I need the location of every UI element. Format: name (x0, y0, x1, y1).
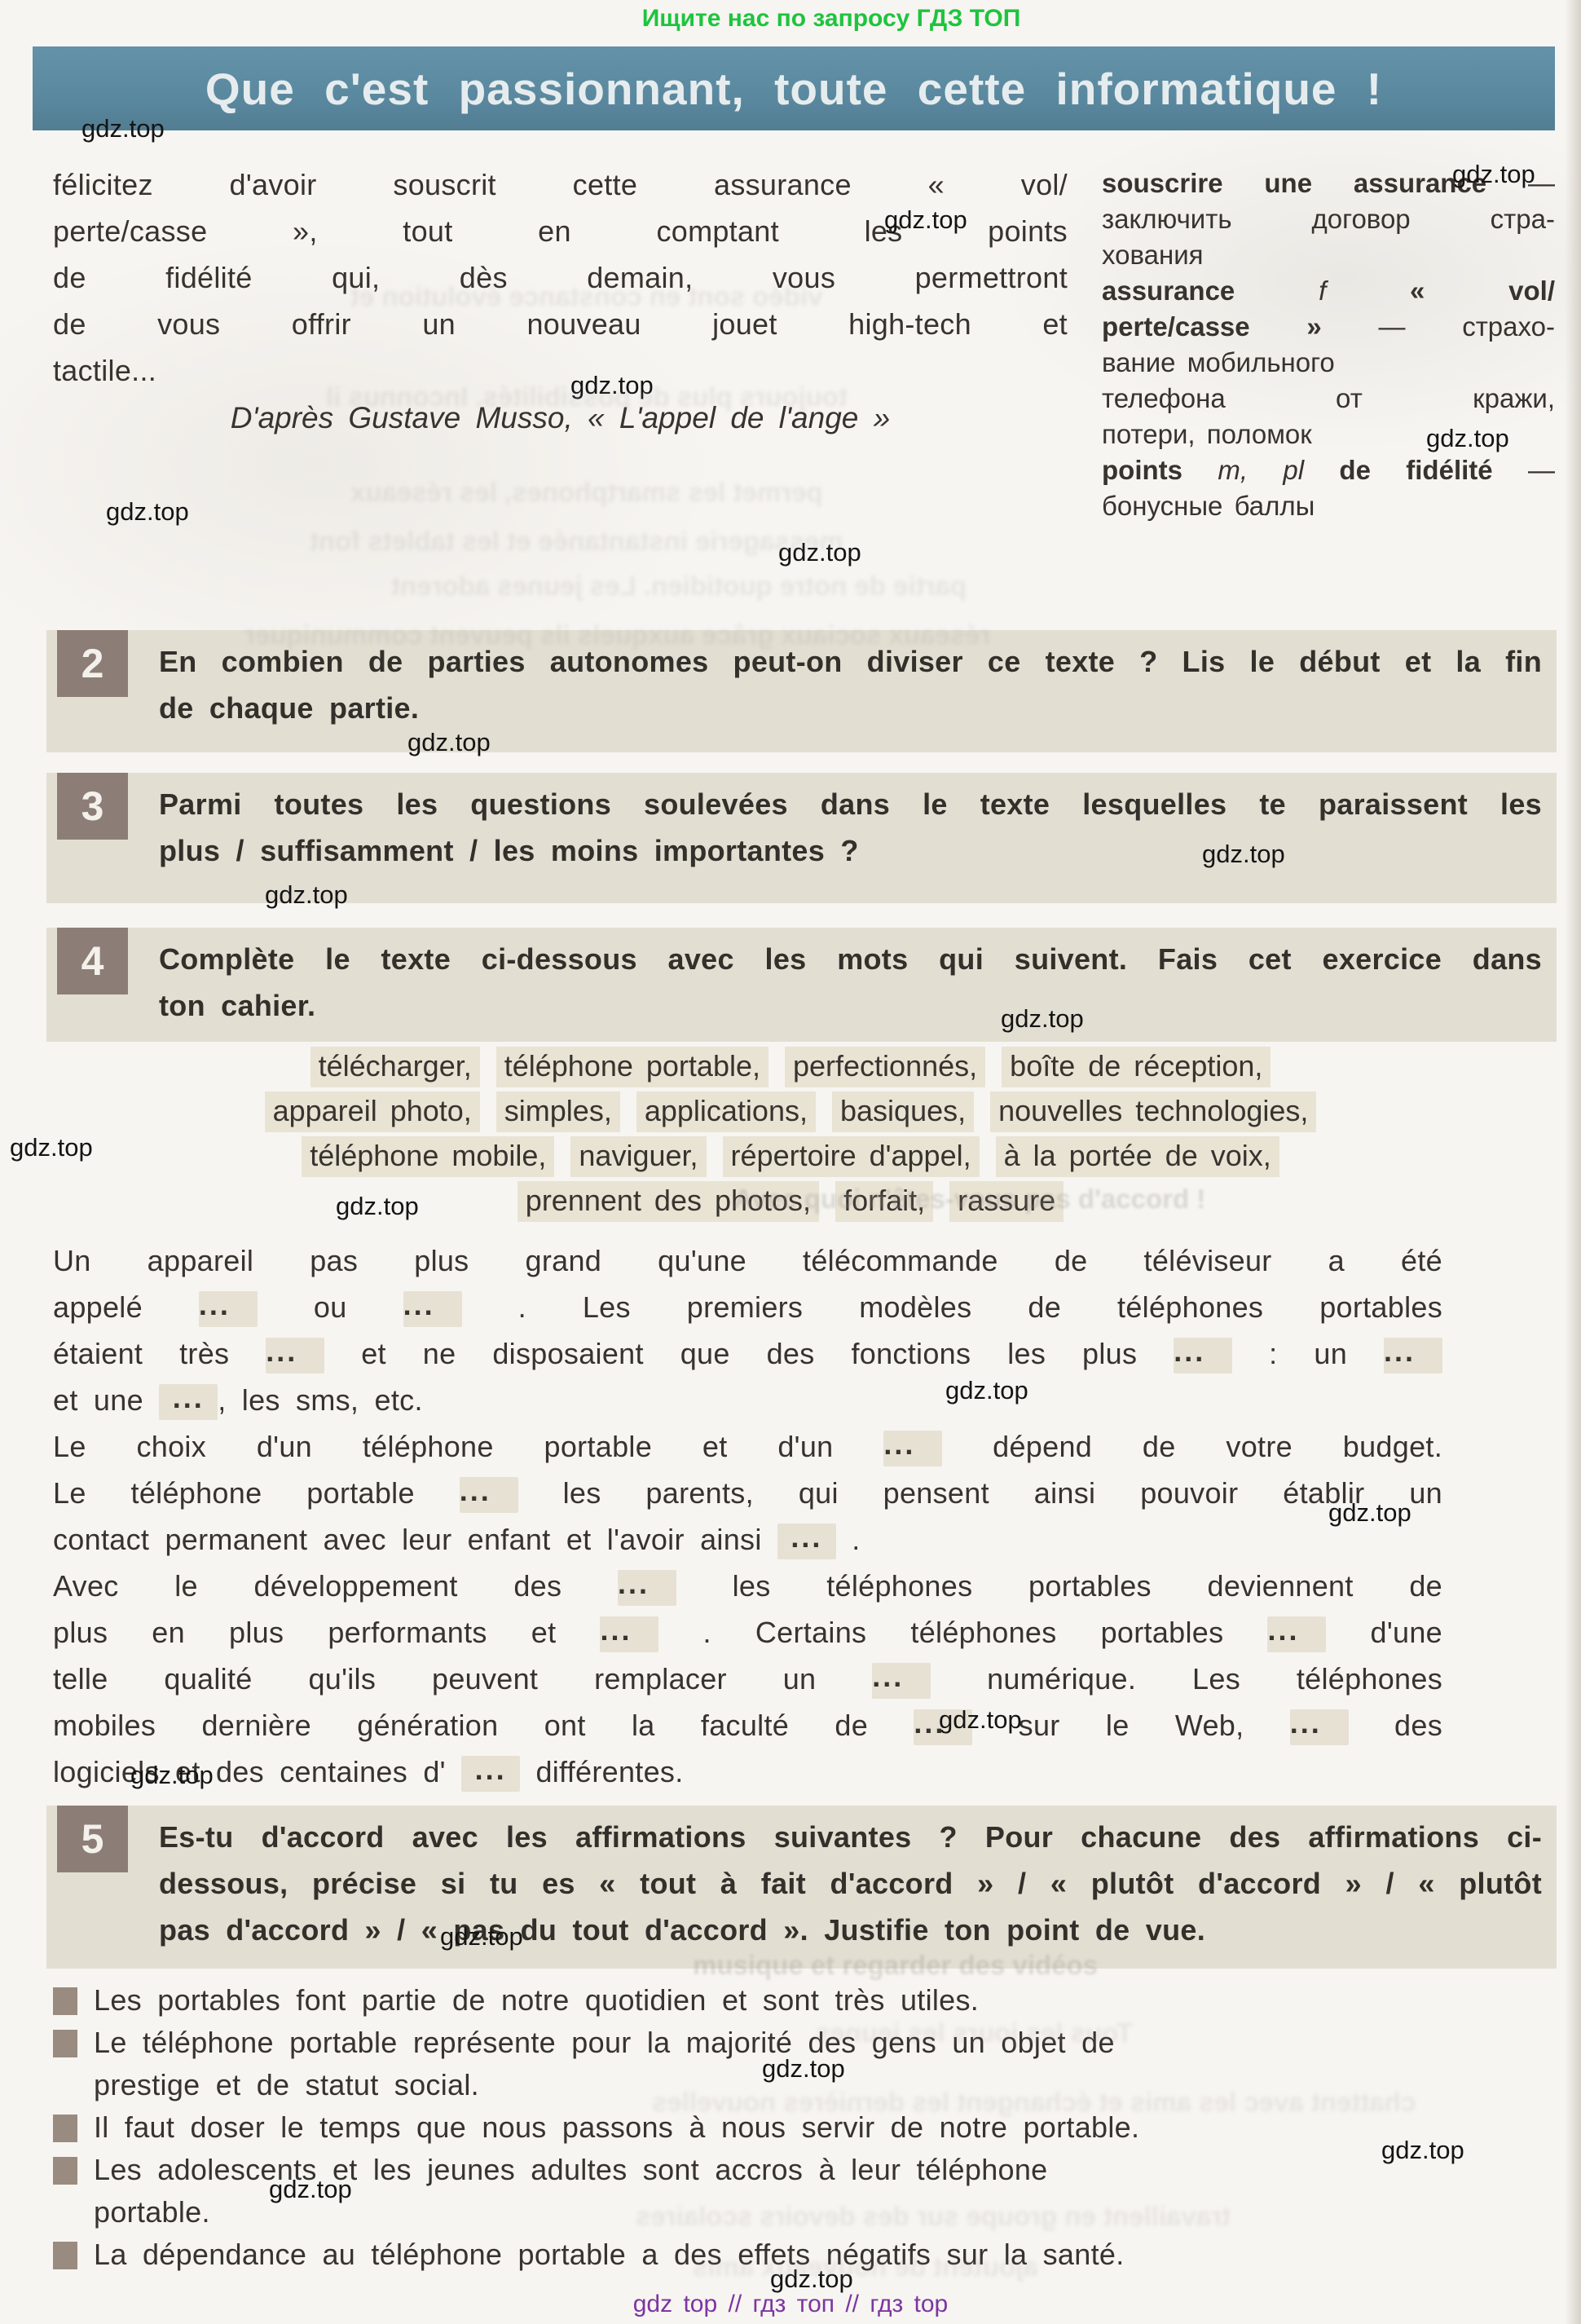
word-bank-term: applications, (636, 1091, 816, 1132)
word-bank-line: téléphone mobile, naviguer, répertoire d… (57, 1136, 1524, 1180)
exercise-5-instruction: Es-tu d'accord avec les affirmations sui… (159, 1814, 1542, 1953)
exercise-3-number-badge: 3 (57, 773, 128, 840)
gdz-watermark: gdz.top (106, 497, 189, 527)
text-line: telle qualité qu'ils peuvent remplacer u… (53, 1656, 1442, 1702)
gdz-watermark: gdz.top (1328, 1498, 1411, 1528)
bleed-through-text: Avec quoi n'êtes-vous pas d'accord ! (733, 1184, 1205, 1215)
fill-blank: ... (199, 1291, 258, 1327)
text-line: pas d'accord » / « pas du tout d'accord … (159, 1907, 1542, 1953)
fill-blank: ... (872, 1663, 931, 1699)
word-bank-term: boîte de réception, (1002, 1047, 1271, 1087)
footer-watermark: gdz top // гдз топ // гдз top (0, 2291, 1581, 2318)
fill-paragraph-4: Avec le développement des ... les téléph… (53, 1563, 1442, 1795)
bleed-through-text: chattent avec les amis et échangent les … (652, 2087, 1416, 2118)
textbook-page-scan: Ищите нас по запросу ГДЗ ТОП Que c'est p… (0, 0, 1581, 2324)
text-line: de chaque partie. (159, 685, 1542, 731)
bullet-square-icon (53, 2115, 77, 2142)
vocabulary-column: souscrire une assurance —заключить догов… (1102, 165, 1555, 524)
text-line: plus / suffisamment / les moins importan… (159, 827, 1542, 874)
bleed-through-text: partie de notre quotidien. Les jeunes ad… (391, 571, 967, 602)
word-bank-term: basiques, (832, 1091, 974, 1132)
exercise-4: 4 Complète le texte ci-dessous avec les … (46, 928, 1557, 1042)
vocab-line: бонусные баллы (1102, 488, 1555, 524)
vocab-segment: f (1319, 276, 1326, 306)
gdz-watermark: gdz.top (336, 1192, 419, 1221)
word-bank-term: téléphone portable, (496, 1047, 768, 1087)
vocab-segment: бонусные баллы (1102, 491, 1315, 521)
fill-blank: ... (461, 1756, 520, 1792)
gdz-watermark: gdz.top (440, 1922, 523, 1951)
fill-blank: ... (777, 1524, 836, 1559)
fill-blank: ... (883, 1431, 942, 1466)
text-line: Le choix d'un téléphone portable et d'un… (53, 1423, 1442, 1470)
word-bank-term: télécharger, (310, 1047, 480, 1087)
vocab-line: points m, pl de fidélité — (1102, 452, 1555, 488)
bleed-through-text: vidéo sont en constance évolution et (350, 281, 822, 312)
gdz-watermark: gdz.top (407, 728, 491, 757)
gdz-watermark: gdz.top (1001, 1004, 1084, 1034)
text-line: Es-tu d'accord avec les affirmations sui… (159, 1814, 1542, 1860)
gdz-watermark: gdz.top (265, 880, 348, 910)
gdz-watermark: gdz.top (81, 114, 165, 143)
chapter-banner: Que c'est passionnant, toute cette infor… (33, 46, 1555, 130)
word-bank-term: appareil photo, (265, 1091, 480, 1132)
bullet-square-icon (53, 2030, 77, 2057)
word-bank-term: nouvelles technologies, (990, 1091, 1316, 1132)
vocab-segment: points (1102, 455, 1218, 485)
text-line: Les portables font partie de notre quoti… (94, 1979, 1453, 2022)
vocab-segment: хования (1102, 240, 1204, 270)
vocab-line: телефона от кражи, (1102, 381, 1555, 417)
page-edge-shadow (1565, 0, 1581, 2324)
text-line: Avec le développement des ... les téléph… (53, 1563, 1442, 1609)
bullet-square-icon (53, 1987, 77, 2015)
word-bank-term: perfectionnés, (785, 1047, 985, 1087)
text-line: contact permanent avec leur enfant et l'… (53, 1516, 1442, 1563)
chapter-title: Que c'est passionnant, toute cette infor… (205, 63, 1382, 115)
word-bank-term: téléphone mobile, (302, 1136, 554, 1177)
text-line: dessous, précise si tu es « tout à fait … (159, 1860, 1542, 1907)
vocab-segment: assurance (1102, 276, 1319, 306)
gdz-watermark: gdz.top (10, 1133, 93, 1162)
word-bank-line: télécharger, téléphone portable, perfect… (57, 1046, 1524, 1091)
vocab-segment: de fidélité (1304, 455, 1493, 485)
gdz-watermark: gdz.top (762, 2054, 845, 2084)
vocab-line: perte/casse » — страхо- (1102, 309, 1555, 345)
fill-blank: ... (460, 1477, 518, 1513)
fill-blank: ... (1290, 1709, 1349, 1745)
gdz-watermark: gdz.top (1452, 160, 1535, 189)
vocab-segment: « vol/ (1326, 276, 1555, 306)
text-line: Le téléphone portable ... les parents, q… (53, 1470, 1442, 1516)
fill-paragraph-1: Un appareil pas plus grand qu'une téléco… (53, 1237, 1442, 1423)
vocab-segment: — страхо- (1322, 311, 1555, 342)
vocab-segment: телефона от кражи, (1102, 383, 1555, 413)
text-line: Un appareil pas plus grand qu'une téléco… (53, 1237, 1442, 1284)
word-bank-term: à la portée de voix, (996, 1136, 1279, 1177)
bleed-through-text: messagerie instantanée et les tablets fo… (310, 526, 843, 557)
vocab-segment: вание мобильного (1102, 347, 1335, 377)
vocab-segment: потери, поломок (1102, 419, 1312, 449)
vocab-segment: — (1493, 455, 1555, 485)
bullet-square-icon (53, 2242, 77, 2269)
gdz-watermark: gdz.top (269, 2175, 352, 2204)
bleed-through-text: musique et regarder des vidéos (693, 1950, 1098, 1981)
bullet-square-icon (53, 2157, 77, 2185)
vocab-line: вание мобильного (1102, 345, 1555, 381)
bleed-through-text: Tous les jours les jeunes (815, 2018, 1133, 2048)
exercise-2-instruction: En combien de parties autonomes peut-on … (159, 638, 1542, 731)
gdz-watermark: gdz.top (130, 1761, 214, 1790)
statement-item: Les portables font partie de notre quoti… (51, 1979, 1453, 2022)
bleed-through-text: ajoutent de nouveaux amis (693, 2251, 1038, 2282)
exercise-2-number-badge: 2 (57, 630, 128, 697)
text-line: Complète le texte ci-dessous avec les mo… (159, 936, 1542, 982)
text-line: appelé ... ou ... . Les premiers modèles… (53, 1284, 1442, 1330)
fill-blank: ... (403, 1291, 462, 1327)
exercise-4-number-badge: 4 (57, 928, 128, 994)
exercise-3-instruction: Parmi toutes les questions soulevées dan… (159, 781, 1542, 874)
vocab-segment: m, pl (1218, 455, 1304, 485)
text-line: plus en plus performants et ... . Certai… (53, 1609, 1442, 1656)
gdz-watermark: gdz.top (945, 1376, 1028, 1405)
text-line: mobiles dernière génération ont la facul… (53, 1702, 1442, 1749)
text-line: ton cahier. (159, 982, 1542, 1029)
gdz-watermark: gdz.top (1426, 424, 1509, 453)
fill-blank: ... (1267, 1616, 1326, 1652)
word-bank-term: naviguer, (570, 1136, 706, 1177)
gdz-watermark: gdz.top (884, 205, 967, 235)
gdz-watermark: gdz.top (939, 1705, 1022, 1735)
fill-paragraph-3: Le téléphone portable ... les parents, q… (53, 1470, 1442, 1563)
bleed-through-text: réseaux sociaux grâce auxquels ils peuve… (244, 620, 990, 650)
promo-top-text: Ищите нас по запросу ГДЗ ТОП (603, 5, 1059, 33)
exercise-4-instruction: Complète le texte ci-dessous avec les mo… (159, 936, 1542, 1029)
word-bank-line: appareil photo, simples, applications, b… (57, 1091, 1524, 1136)
word-bank-term: simples, (496, 1091, 620, 1132)
text-line: et une ..., les sms, etc. (53, 1377, 1442, 1423)
text-line: étaient très ... et ne disposaient que d… (53, 1330, 1442, 1377)
bleed-through-text: permet les smartphones, les réseaux (350, 477, 823, 508)
text-line: Parmi toutes les questions soulevées dan… (159, 781, 1542, 827)
exercise-5: 5 Es-tu d'accord avec les affirmations s… (46, 1806, 1557, 1969)
vocab-line: assurance f « vol/ (1102, 273, 1555, 309)
fill-blank: ... (159, 1384, 218, 1420)
gdz-watermark: gdz.top (1381, 2136, 1464, 2165)
fill-blank: ... (618, 1570, 676, 1606)
bleed-through-text: toujours plus de possibilités. Inconnus … (326, 381, 848, 412)
vocab-segment: perte/casse » (1102, 311, 1322, 342)
vocab-segment: souscrire une assurance (1102, 168, 1486, 198)
fill-in-text: Un appareil pas plus grand qu'une téléco… (53, 1237, 1442, 1795)
text-line: logiciels et des centaines d' ... différ… (53, 1749, 1442, 1795)
fill-blank: ... (1384, 1338, 1442, 1374)
vocab-line: хования (1102, 237, 1555, 273)
gdz-watermark: gdz.top (1202, 840, 1285, 869)
fill-blank: ... (1174, 1338, 1232, 1374)
fill-paragraph-2: Le choix d'un téléphone portable et d'un… (53, 1423, 1442, 1470)
fill-blank: ... (266, 1338, 324, 1374)
word-bank-term: répertoire d'appel, (723, 1136, 980, 1177)
exercise-5-number-badge: 5 (57, 1806, 128, 1872)
vocab-segment: заключить договор стра- (1102, 204, 1555, 234)
vocab-line: заключить договор стра- (1102, 201, 1555, 237)
text-line: félicitez d'avoir souscrit cette assuran… (53, 161, 1068, 208)
fill-blank: ... (600, 1616, 658, 1652)
bleed-through-text: travaillent en groupe sur des devoirs sc… (636, 2201, 1231, 2232)
intro-paragraph: félicitez d'avoir souscrit cette assuran… (53, 161, 1068, 394)
